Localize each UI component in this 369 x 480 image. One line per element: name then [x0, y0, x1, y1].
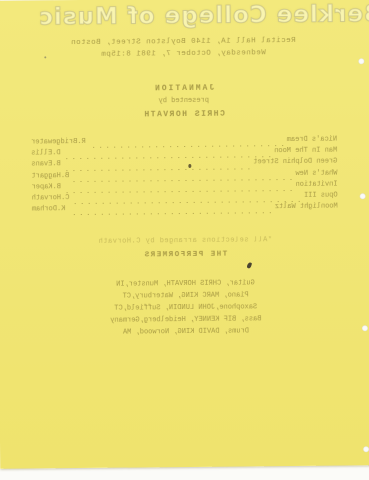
berklee-logo-text: Berklee College of Music	[23, 1, 369, 31]
song-title: Moonlight Waltz	[275, 203, 338, 212]
dotted-leader	[69, 206, 270, 216]
composer-credit: B.Haggart	[31, 172, 69, 180]
recital-title: JAMNATION	[0, 82, 369, 95]
composer-credit: K.Dorham	[32, 205, 66, 213]
punch-hole	[358, 58, 364, 64]
composer-credit: B.Evans	[31, 161, 60, 169]
ink-speck	[188, 164, 191, 168]
punch-hole	[362, 325, 368, 331]
composer-credit: R.Bridgewater	[31, 138, 86, 147]
composer-credit: C.Horvath	[32, 194, 70, 202]
presenter-name: CHRIS HORVATH	[0, 108, 369, 121]
punch-hole	[363, 446, 369, 452]
song-title: What's New	[295, 169, 337, 177]
song-title: Nica's Dream	[287, 136, 337, 144]
performer-line: Drums, DAVID KING, Norwood, MA	[0, 326, 369, 342]
arranger-note: *All selections arranged by C.Horvath	[0, 235, 369, 247]
venue-line: Recital Hall 1A, 1140 Boylston Street, B…	[0, 36, 369, 48]
composer-credit: B.Kaper	[32, 183, 61, 191]
composer-credit: D.Ellis	[31, 149, 60, 157]
song-title: Opus III	[304, 191, 338, 199]
performers-heading: THE PERFORMERS	[0, 249, 369, 261]
song-title: Man In The Moon	[274, 147, 337, 156]
program-page-back: Berklee College of Music Recital Hall 1A…	[0, 0, 369, 469]
performers-list: Guitar, CHRIS HORVATH, Munster,IN Piano,…	[0, 278, 369, 342]
presented-by-label: presented by	[0, 95, 369, 107]
date-line: Wednesday, October 7, 1981 8:15pm	[0, 48, 369, 60]
program-list: Nica's Dream R.Bridgewater Man In The Mo…	[31, 136, 338, 217]
dust-speck	[44, 56, 46, 58]
mirrored-bleed-through-content: Berklee College of Music Recital Hall 1A…	[0, 0, 369, 469]
song-title: Green Dolphin Street	[253, 158, 337, 167]
scanner-bed: Berklee College of Music Recital Hall 1A…	[0, 0, 369, 480]
song-title: Invitation	[295, 180, 337, 188]
punch-hole	[360, 193, 366, 199]
